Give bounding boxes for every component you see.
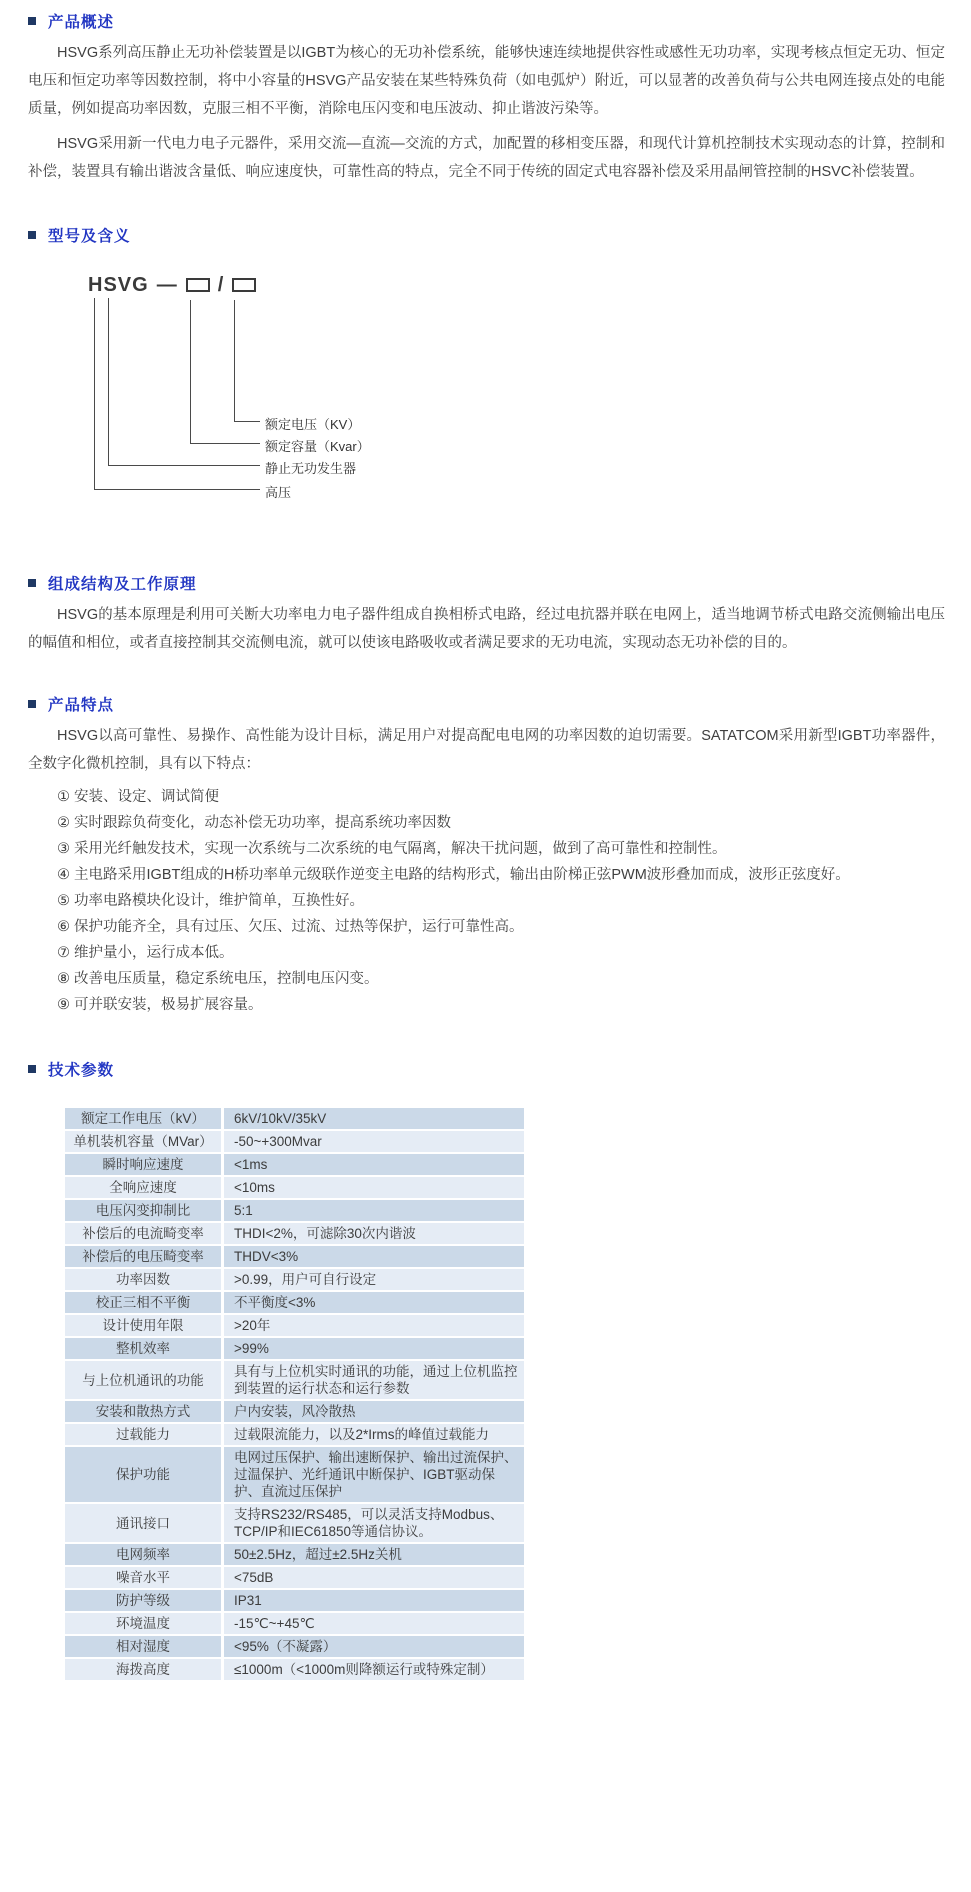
principle-paragraph: HSVG的基本原理是利用可关断大功率电力电子器件组成自换相桥式电路，经过电抗器并… [28,601,945,657]
table-row: 通讯接口 支持RS232/RS485，可以灵活支持Modbus、TCP/IP和I… [65,1504,524,1542]
section-heading-overview: 产品概述 [28,10,945,32]
spec-label: 与上位机通讯的功能 [65,1361,221,1399]
feature-item: ⑤ 功率电路模块化设计，维护简单，互换性好。 [28,888,945,914]
model-box-2 [232,278,256,292]
bullet-square-icon [28,1065,36,1073]
section-title-specs: 技术参数 [48,1058,114,1080]
spec-value: THDV<3% [224,1246,524,1267]
spec-value: >0.99，用户可自行设定 [224,1269,524,1290]
section-title-features: 产品特点 [48,693,114,715]
table-row: 过载能力 过载限流能力，以及2*Irms的峰值过载能力 [65,1424,524,1445]
table-row: 校正三相不平衡 不平衡度<3% [65,1292,524,1313]
section-title-principle: 组成结构及工作原理 [48,572,197,594]
feature-item: ① 安装、设定、调试简便 [28,784,945,810]
spec-value: -50~+300Mvar [224,1131,524,1152]
spec-value: <95%（不凝露） [224,1636,524,1657]
table-row: 防护等级 IP31 [65,1590,524,1611]
spec-value: 不平衡度<3% [224,1292,524,1313]
section-title-overview: 产品概述 [48,10,114,32]
table-row: 单机装机容量（MVar） -50~+300Mvar [65,1131,524,1152]
spec-value: 电网过压保护、输出速断保护、输出过流保护、过温保护、光纤通讯中断保护、IGBT驱… [224,1447,524,1502]
overview-paragraph-2: HSVG采用新一代电力电子元器件，采用交流—直流—交流的方式，加配置的移相变压器… [28,130,945,186]
spec-label: 单机装机容量（MVar） [65,1131,221,1152]
connector-line-hv [94,298,260,490]
overview-paragraph-1: HSVG系列高压静止无功补偿装置是以IGBT为核心的无功补偿系统，能够快速连续地… [28,39,945,123]
diagram-label-high-voltage: 高压 [265,482,291,501]
feature-item: ② 实时跟踪负荷变化，动态补偿无功功率，提高系统功率因数 [28,810,945,836]
spec-value: ≤1000m（<1000m则降额运行或特殊定制） [224,1659,524,1680]
specs-table: 额定工作电压（kV） 6kV/10kV/35kV 单机装机容量（MVar） -5… [62,1106,527,1682]
table-row: 全响应速度 <10ms [65,1177,524,1198]
model-slash: / [218,274,225,297]
features-intro: HSVG以高可靠性、易操作、高性能为设计目标，满足用户对提高配电电网的功率因数的… [28,722,945,778]
model-formula: HSVG — / [88,274,256,296]
spec-value: -15℃~+45℃ [224,1613,524,1634]
section-heading-model: 型号及含义 [28,224,945,246]
spec-value: THDI<2%，可滤除30次内谐波 [224,1223,524,1244]
table-row: 相对湿度 <95%（不凝露） [65,1636,524,1657]
spec-label: 功率因数 [65,1269,221,1290]
spec-value: 户内安装，风冷散热 [224,1401,524,1422]
table-row: 瞬时响应速度 <1ms [65,1154,524,1175]
feature-item: ③ 采用光纤触发技术，实现一次系统与二次系统的电气隔离，解决干扰问题，做到了高可… [28,836,945,862]
table-row: 补偿后的电流畸变率 THDI<2%，可滤除30次内谐波 [65,1223,524,1244]
table-row: 额定工作电压（kV） 6kV/10kV/35kV [65,1108,524,1129]
spec-value: >20年 [224,1315,524,1336]
spec-label: 保护功能 [65,1447,221,1502]
table-row: 噪音水平 <75dB [65,1567,524,1588]
spec-label: 整机效率 [65,1338,221,1359]
spec-value: <10ms [224,1177,524,1198]
spec-label: 相对湿度 [65,1636,221,1657]
table-row: 功率因数 >0.99，用户可自行设定 [65,1269,524,1290]
model-name: HSVG [88,274,149,297]
spec-label: 通讯接口 [65,1504,221,1542]
table-row: 补偿后的电压畸变率 THDV<3% [65,1246,524,1267]
feature-item: ⑥ 保护功能齐全，具有过压、欠压、过流、过热等保护，运行可靠性高。 [28,914,945,940]
bullet-square-icon [28,17,36,25]
spec-label: 校正三相不平衡 [65,1292,221,1313]
spec-label: 环境温度 [65,1613,221,1634]
section-title-model: 型号及含义 [48,224,131,246]
diagram-label-rated-voltage: 额定电压（KV） [265,414,360,433]
table-row: 环境温度 -15℃~+45℃ [65,1613,524,1634]
spec-label: 电网频率 [65,1544,221,1565]
bullet-square-icon [28,579,36,587]
table-row: 电压闪变抑制比 5:1 [65,1200,524,1221]
feature-item: ④ 主电路采用IGBT组成的H桥功率单元级联作逆变主电路的结构形式，输出由阶梯正… [28,862,945,888]
feature-item: ⑧ 改善电压质量，稳定系统电压，控制电压闪变。 [28,966,945,992]
spec-label: 海拨高度 [65,1659,221,1680]
spec-label: 设计使用年限 [65,1315,221,1336]
spec-value: 6kV/10kV/35kV [224,1108,524,1129]
section-heading-features: 产品特点 [28,693,945,715]
table-row: 海拨高度 ≤1000m（<1000m则降额运行或特殊定制） [65,1659,524,1680]
diagram-label-static-var-generator: 静止无功发生器 [265,458,356,477]
spec-value: 具有与上位机实时通讯的功能，通过上位机监控到装置的运行状态和运行参数 [224,1361,524,1399]
spec-value: 支持RS232/RS485，可以灵活支持Modbus、TCP/IP和IEC618… [224,1504,524,1542]
model-meaning-diagram: HSVG — / 额定电压（KV） 额定容量（Kvar） 静止无功发生器 高压 [60,274,680,516]
spec-label: 电压闪变抑制比 [65,1200,221,1221]
spec-label: 安装和散热方式 [65,1401,221,1422]
feature-item: ⑨ 可并联安装，极易扩展容量。 [28,992,945,1018]
spec-label: 补偿后的电流畸变率 [65,1223,221,1244]
table-row: 与上位机通讯的功能 具有与上位机实时通讯的功能，通过上位机监控到装置的运行状态和… [65,1361,524,1399]
table-row: 整机效率 >99% [65,1338,524,1359]
spec-value: >99% [224,1338,524,1359]
spec-label: 全响应速度 [65,1177,221,1198]
spec-value: <75dB [224,1567,524,1588]
spec-value: IP31 [224,1590,524,1611]
model-dash: — [157,274,178,297]
spec-label: 额定工作电压（kV） [65,1108,221,1129]
spec-value: 5:1 [224,1200,524,1221]
spec-value: 过载限流能力，以及2*Irms的峰值过载能力 [224,1424,524,1445]
spec-label: 补偿后的电压畸变率 [65,1246,221,1267]
spec-label: 瞬时响应速度 [65,1154,221,1175]
section-heading-specs: 技术参数 [28,1058,945,1080]
table-row: 设计使用年限 >20年 [65,1315,524,1336]
model-box-1 [186,278,210,292]
page: 产品概述 HSVG系列高压静止无功补偿装置是以IGBT为核心的无功补偿系统，能够… [0,0,971,1682]
bullet-square-icon [28,700,36,708]
bullet-square-icon [28,231,36,239]
spec-value: <1ms [224,1154,524,1175]
section-heading-principle: 组成结构及工作原理 [28,572,945,594]
diagram-label-rated-capacity: 额定容量（Kvar） [265,436,370,455]
spec-value: 50±2.5Hz，超过±2.5Hz关机 [224,1544,524,1565]
table-row: 电网频率 50±2.5Hz，超过±2.5Hz关机 [65,1544,524,1565]
spec-label: 防护等级 [65,1590,221,1611]
spec-label: 过载能力 [65,1424,221,1445]
table-row: 保护功能 电网过压保护、输出速断保护、输出过流保护、过温保护、光纤通讯中断保护、… [65,1447,524,1502]
features-list: ① 安装、设定、调试简便 ② 实时跟踪负荷变化，动态补偿无功功率，提高系统功率因… [28,784,945,1018]
feature-item: ⑦ 维护量小，运行成本低。 [28,940,945,966]
spec-label: 噪音水平 [65,1567,221,1588]
table-row: 安装和散热方式 户内安装，风冷散热 [65,1401,524,1422]
